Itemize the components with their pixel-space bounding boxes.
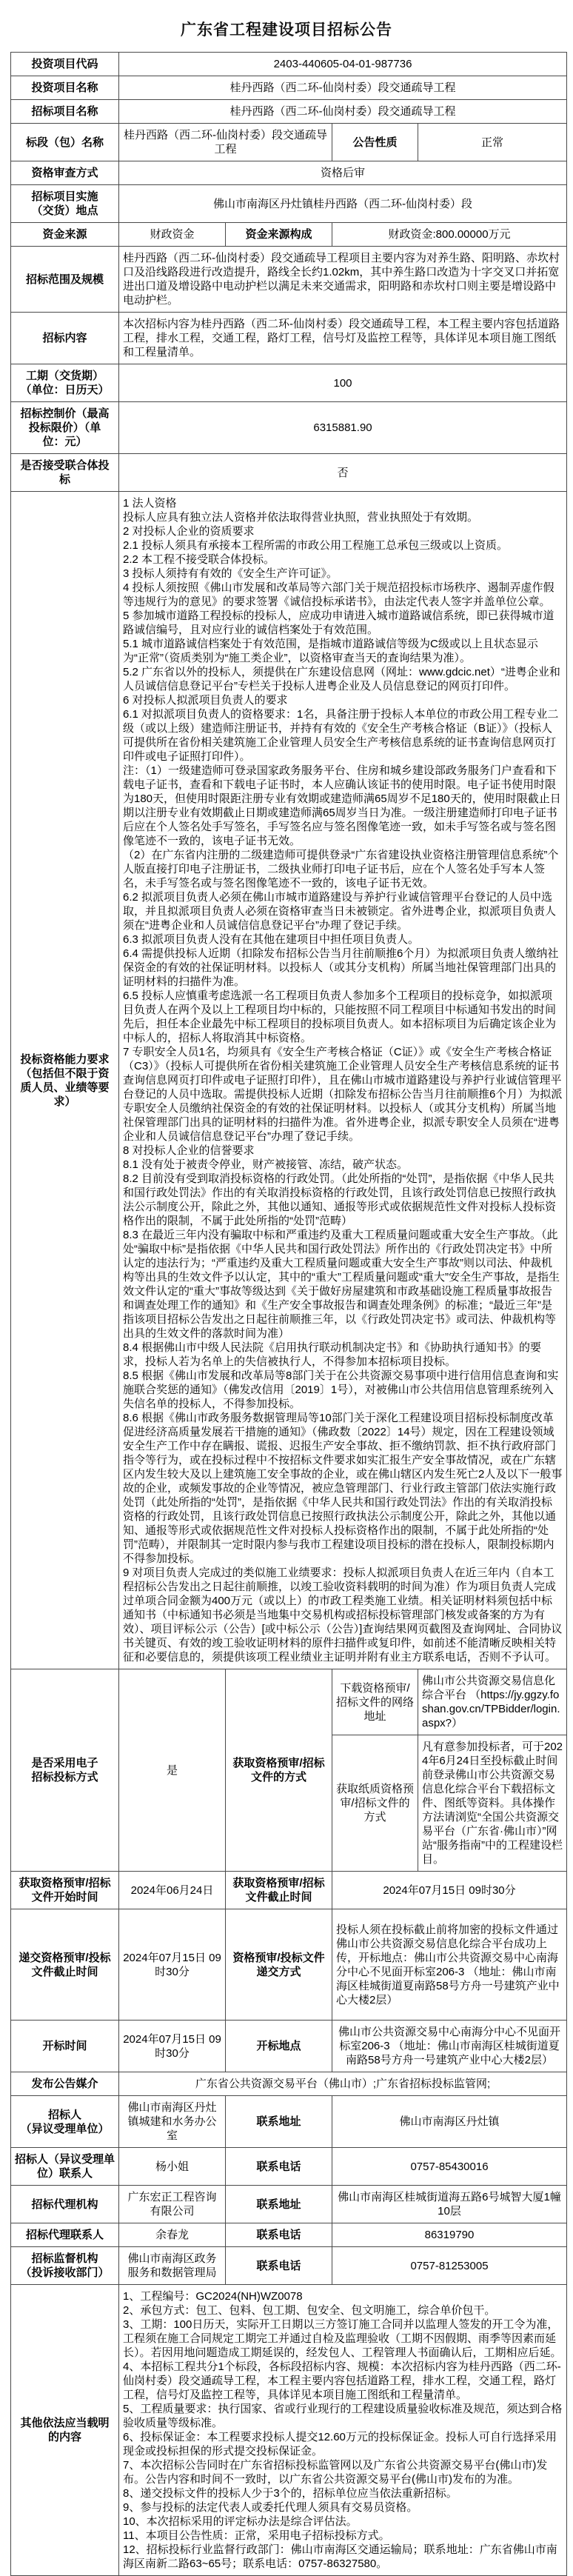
location-value: 佛山市南海区丹灶镇桂丹西路（西二环-仙岗村委）段 bbox=[119, 185, 567, 223]
fund-source-value-3: 财政资金:800.00000万元 bbox=[332, 223, 567, 247]
other-content-value: 1、工程编号：GC2024(NH)WZ0078 2、承包方式：包工、包料、包工期… bbox=[119, 2285, 567, 2576]
agency-contact-label-2: 联系电话 bbox=[226, 2223, 332, 2247]
row-location: 招标项目实施 （交货）地点佛山市南海区丹灶镇桂丹西路（西二环-仙岗村委）段 bbox=[11, 185, 567, 223]
fund-source-label-2: 资金来源构成 bbox=[226, 223, 332, 247]
row-control-price: 招标控制价（最高 投标限价）（单 位：元）6315881.90 bbox=[11, 402, 567, 454]
agency-value: 广东宏正工程咨询有限公司 bbox=[119, 2186, 226, 2223]
scope-label: 招标范围及规模 bbox=[11, 247, 119, 313]
announcement-table: 投资项目代码2403-440605-04-01-987736投资项目名称桂丹西路… bbox=[10, 52, 567, 2576]
section-name-label: 标段（包）名称 bbox=[11, 124, 119, 161]
e-bidding-value-4: 佛山市公共资源交易信息化综合平台 （https://jy.ggzy.foshan… bbox=[418, 1669, 567, 1735]
row-tenderer: 招标人 （异议受理单位）佛山市南海区丹灶镇城建和水务办公室联系地址佛山市南海区丹… bbox=[11, 2096, 567, 2148]
submit-deadline-value-3: 投标人须在投标截止前将加密的投标文件通过佛山市公共资源交易信息化综合平台成功上传… bbox=[332, 1909, 567, 2021]
bid-opening-label-2: 开标地点 bbox=[226, 2021, 332, 2072]
row-file-obtain-time: 获取资格预审/招标文件开始时间2024年06月24日获取资格预审/招标文件截止时… bbox=[11, 1872, 567, 1909]
row-e-bidding: 是否采用电子 招标投标方式是获取资格预审/招标文件的方式下载资格预审/招标文件的… bbox=[11, 1669, 567, 1735]
page-title: 广东省工程建设项目招标公告 bbox=[0, 18, 573, 40]
submit-deadline-label-2: 资格预审/投标文件递交方式 bbox=[226, 1909, 332, 2021]
row-fund-source: 资金来源财政资金资金来源构成财政资金:800.00000万元 bbox=[11, 223, 567, 247]
e-bidding-label: 是否采用电子 招标投标方式 bbox=[11, 1669, 119, 1872]
consortium-value: 否 bbox=[119, 454, 567, 492]
row-scope: 招标范围及规模桂丹西路（西二环-仙岗村委）段交通疏导工程项目主要内容为对养生路、… bbox=[11, 247, 567, 313]
row-consortium: 是否接受联合体投 标否 bbox=[11, 454, 567, 492]
tenderer-value: 佛山市南海区丹灶镇城建和水务办公室 bbox=[119, 2096, 226, 2148]
row-qualification-review: 资格审查方式资格后审 bbox=[11, 161, 567, 185]
row-tender-content: 招标内容本次招标内容为桂丹西路（西二环-仙岗村委）段交通疏导工程，本工程主要内容… bbox=[11, 313, 567, 364]
invest-project-name-label: 投资项目名称 bbox=[11, 76, 119, 100]
submit-deadline-value: 2024年07月15日 09时30分 bbox=[119, 1909, 226, 2021]
row-supervisor: 招标监督机构 （投诉接收部门）佛山市南海区政务服务和数据管理局联系电话0757-… bbox=[11, 2247, 567, 2285]
media-label: 发布公告媒介 bbox=[11, 2072, 119, 2096]
tenderer-label: 招标人 （异议受理单位） bbox=[11, 2096, 119, 2148]
location-label: 招标项目实施 （交货）地点 bbox=[11, 185, 119, 223]
control-price-value: 6315881.90 bbox=[119, 402, 567, 454]
table-body: 投资项目代码2403-440605-04-01-987736投资项目名称桂丹西路… bbox=[11, 53, 567, 2576]
qualification-review-label: 资格审查方式 bbox=[11, 161, 119, 185]
agency-contact-label: 招标代理联系人 bbox=[11, 2223, 119, 2247]
row-other-content: 其他依法应当载明 的内容1、工程编号：GC2024(NH)WZ0078 2、承包… bbox=[11, 2285, 567, 2576]
tender-content-label: 招标内容 bbox=[11, 313, 119, 364]
fund-source-value: 财政资金 bbox=[119, 223, 226, 247]
row-tenderer-contact: 招标人（异议受理单位）联系人杨小姐联系电话0757-85430016 bbox=[11, 2148, 567, 2186]
agency-contact-value-3: 86319790 bbox=[332, 2223, 567, 2247]
tenderer-contact-value-3: 0757-85430016 bbox=[332, 2148, 567, 2186]
bid-opening-value-3: 佛山市公共资源交易中心南海分中心不见面开标室206-3 （地址：佛山市南海区桂城… bbox=[332, 2021, 567, 2072]
fund-source-label: 资金来源 bbox=[11, 223, 119, 247]
file-obtain-time-label: 获取资格预审/招标文件开始时间 bbox=[11, 1872, 119, 1909]
e-bidding-paper-sublabel: 获取纸质资格预审/招标文件的方式 bbox=[332, 1735, 418, 1872]
supervisor-value-3: 0757-81253005 bbox=[332, 2247, 567, 2285]
tenderer-contact-label-2: 联系电话 bbox=[226, 2148, 332, 2186]
bid-opening-label: 开标时间 bbox=[11, 2021, 119, 2072]
media-value: 广东省公共资源交易平台（佛山市）;广东省招标投标监管网; bbox=[119, 2072, 567, 2096]
file-obtain-time-value: 2024年06月24日 bbox=[119, 1872, 226, 1909]
agency-contact-value: 余春龙 bbox=[119, 2223, 226, 2247]
invest-project-name-value: 桂丹西路（西二环-仙岗村委）段交通疏导工程 bbox=[119, 76, 567, 100]
e-bidding-sublabel-3: 下载资格预审/招标文件的网络地址 bbox=[332, 1669, 418, 1735]
duration-value: 100 bbox=[119, 364, 567, 402]
e-bidding-paper-value: 凡有意参加投标者，可于2024年6月24日至投标截止时间前登录佛山市公共资源交易… bbox=[418, 1735, 567, 1872]
scope-value: 桂丹西路（西二环-仙岗村委）段交通疏导工程项目主要内容为对养生路、阳明路、赤坎村… bbox=[119, 247, 567, 313]
row-project-code: 投资项目代码2403-440605-04-01-987736 bbox=[11, 53, 567, 76]
tenderer-contact-value: 杨小姐 bbox=[119, 2148, 226, 2186]
row-section-name: 标段（包）名称桂丹西路（西二环-仙岗村委）段交通疏导工程公告性质正常 bbox=[11, 124, 567, 161]
supervisor-value: 佛山市南海区政务服务和数据管理局 bbox=[119, 2247, 226, 2285]
row-invest-project-name: 投资项目名称桂丹西路（西二环-仙岗村委）段交通疏导工程 bbox=[11, 76, 567, 100]
agency-label: 招标代理机构 bbox=[11, 2186, 119, 2223]
row-duration: 工期（交货期） （单位：日历天）100 bbox=[11, 364, 567, 402]
tender-content-value: 本次招标内容为桂丹西路（西二环-仙岗村委）段交通疏导工程，本工程主要内容包括道路… bbox=[119, 313, 567, 364]
supervisor-label-2: 联系电话 bbox=[226, 2247, 332, 2285]
tender-project-name-label: 招标项目名称 bbox=[11, 100, 119, 124]
section-name-value: 桂丹西路（西二环-仙岗村委）段交通疏导工程 bbox=[119, 124, 332, 161]
tenderer-label-2: 联系地址 bbox=[226, 2096, 332, 2148]
bid-opening-value: 2024年07月15日 09时30分 bbox=[119, 2021, 226, 2072]
other-content-label: 其他依法应当载明 的内容 bbox=[11, 2285, 119, 2576]
row-media: 发布公告媒介广东省公共资源交易平台（佛山市）;广东省招标投标监管网; bbox=[11, 2072, 567, 2096]
agency-value-3: 佛山市南海区桂城街道海五路6号城智大厦1幢10层 bbox=[332, 2186, 567, 2223]
e-bidding-value: 是 bbox=[119, 1669, 226, 1872]
duration-label: 工期（交货期） （单位：日历天） bbox=[11, 364, 119, 402]
control-price-label: 招标控制价（最高 投标限价）（单 位：元） bbox=[11, 402, 119, 454]
row-agency-contact: 招标代理联系人余春龙联系电话86319790 bbox=[11, 2223, 567, 2247]
e-bidding-label-2: 获取资格预审/招标文件的方式 bbox=[226, 1669, 332, 1872]
row-submit-deadline: 递交资格预审/投标文件截止时间2024年07月15日 09时30分资格预审/投标… bbox=[11, 1909, 567, 2021]
section-name-value-3: 正常 bbox=[418, 124, 567, 161]
section-name-label-2: 公告性质 bbox=[332, 124, 418, 161]
agency-label-2: 联系地址 bbox=[226, 2186, 332, 2223]
qualification-review-value: 资格后审 bbox=[119, 161, 567, 185]
project-code-label: 投资项目代码 bbox=[11, 53, 119, 76]
qualification-label: 投标资格能力要求 （包括但不限于资 质人员、业绩等要 求） bbox=[11, 492, 119, 1669]
project-code-value: 2403-440605-04-01-987736 bbox=[119, 53, 567, 76]
row-bid-opening: 开标时间2024年07月15日 09时30分开标地点佛山市公共资源交易中心南海分… bbox=[11, 2021, 567, 2072]
file-obtain-time-label-2: 获取资格预审/招标文件截止时间 bbox=[226, 1872, 332, 1909]
row-tender-project-name: 招标项目名称桂丹西路（西二环-仙岗村委）段交通疏导工程 bbox=[11, 100, 567, 124]
row-qualification: 投标资格能力要求 （包括但不限于资 质人员、业绩等要 求）1 法人资格 投标人应… bbox=[11, 492, 567, 1669]
submit-deadline-label: 递交资格预审/投标文件截止时间 bbox=[11, 1909, 119, 2021]
row-agency: 招标代理机构广东宏正工程咨询有限公司联系地址佛山市南海区桂城街道海五路6号城智大… bbox=[11, 2186, 567, 2223]
supervisor-label: 招标监督机构 （投诉接收部门） bbox=[11, 2247, 119, 2285]
tenderer-contact-label: 招标人（异议受理单位）联系人 bbox=[11, 2148, 119, 2186]
consortium-label: 是否接受联合体投 标 bbox=[11, 454, 119, 492]
tender-project-name-value: 桂丹西路（西二环-仙岗村委）段交通疏导工程 bbox=[119, 100, 567, 124]
file-obtain-time-value-3: 2024年07月15日 09时30分 bbox=[332, 1872, 567, 1909]
tenderer-value-3: 佛山市南海区丹灶镇 bbox=[332, 2096, 567, 2148]
qualification-value: 1 法人资格 投标人应具有独立法人资格并依法取得营业执照，营业执照处于有效期。 … bbox=[119, 492, 567, 1669]
announcement-page: 广东省工程建设项目招标公告 投资项目代码2403-440605-04-01-98… bbox=[0, 0, 573, 2576]
